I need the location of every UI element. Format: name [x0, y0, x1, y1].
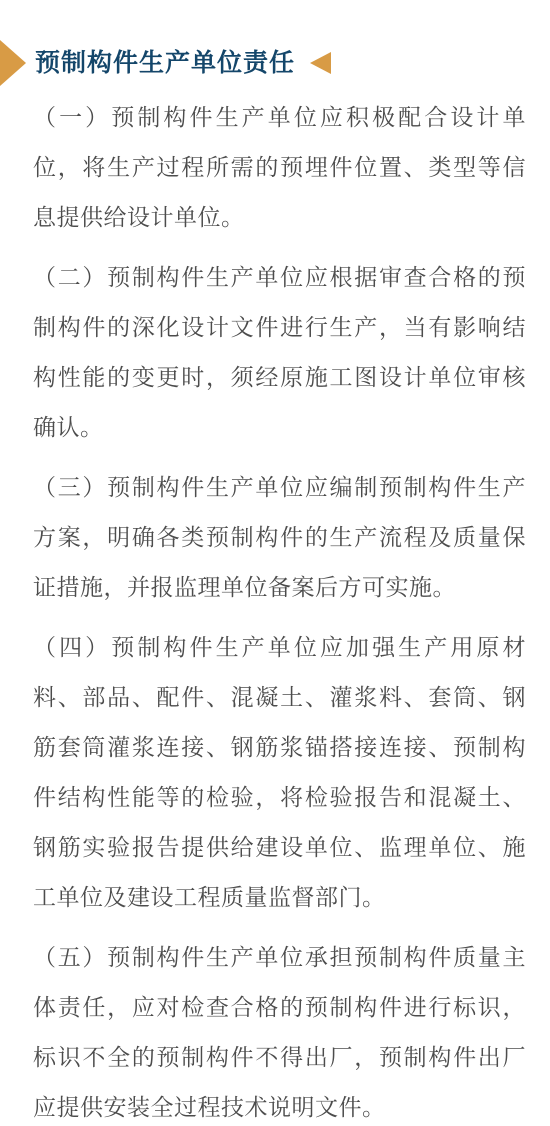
paragraph-2: （二）预制构件生产单位应根据审查合格的预制构件的深化设计文件进行生产，当有影响结… [33, 252, 526, 452]
title-section: 预制构件生产单位责任 [0, 40, 550, 86]
paragraph-5: （五）预制构件生产单位承担预制构件质量主体责任，应对检查合格的预制构件进行标识，… [33, 932, 526, 1126]
paragraph-4: （四）预制构件生产单位应加强生产用原材料、部品、配件、混凝土、灌浆料、套筒、钢筋… [33, 622, 526, 922]
title-triangle-right-icon [0, 40, 26, 86]
document-page: 预制构件生产单位责任 （一）预制构件生产单位应积极配合设计单位，将生产过程所需的… [0, 0, 550, 1126]
document-content: （一）预制构件生产单位应积极配合设计单位，将生产过程所需的预埋件位置、类型等信息… [33, 92, 526, 1126]
page-title: 预制构件生产单位责任 [35, 40, 295, 86]
title-triangle-left-icon [310, 52, 331, 74]
paragraph-1: （一）预制构件生产单位应积极配合设计单位，将生产过程所需的预埋件位置、类型等信息… [33, 92, 526, 242]
paragraph-3: （三）预制构件生产单位应编制预制构件生产方案，明确各类预制构件的生产流程及质量保… [33, 462, 526, 612]
